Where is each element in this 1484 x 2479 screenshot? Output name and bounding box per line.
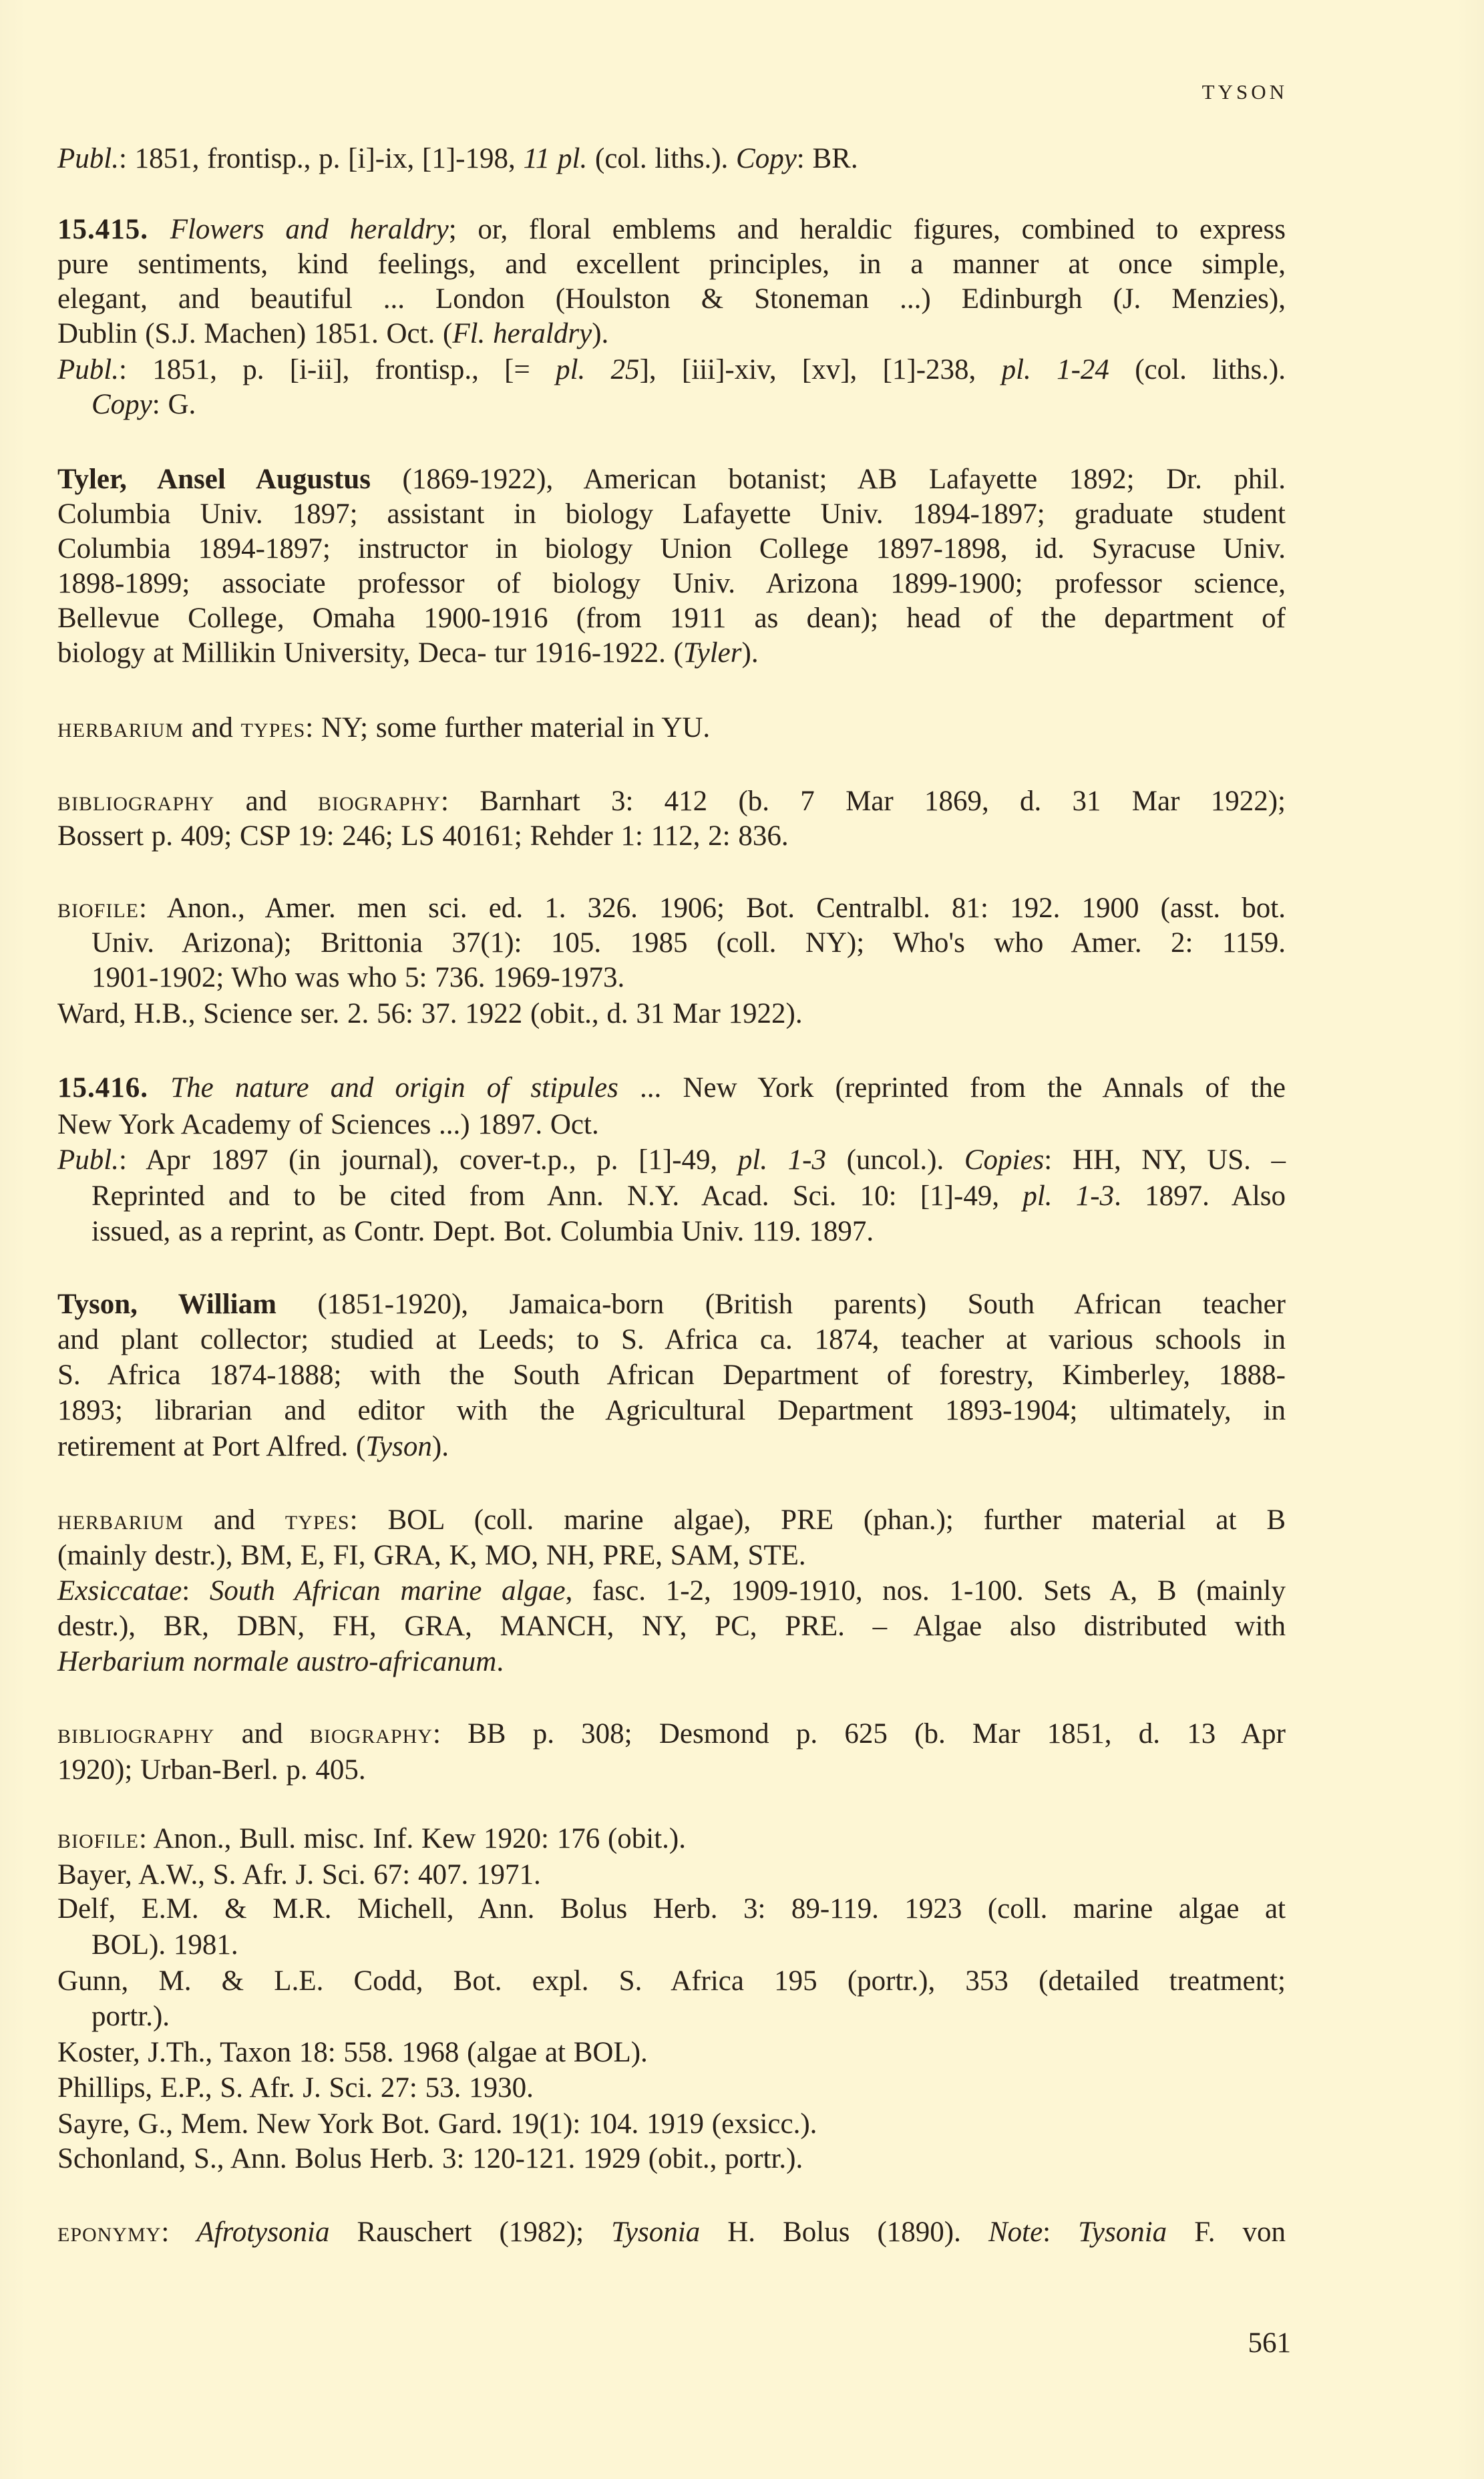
text: and plant collector; studied at Leeds; t… (57, 1324, 1286, 1355)
tyson-biofile-line: portr.). (91, 1999, 1286, 2034)
text: Schonland, S., Ann. Bolus Herb. 3: 120-1… (57, 2143, 803, 2174)
entry-number: 15.416. (57, 1072, 170, 1104)
entry-15416-publ-line: issued, as a reprint, as Contr. Dept. Bo… (91, 1214, 1286, 1249)
tyler-biofile-line: Ward, H.B., Science ser. 2. 56: 37. 1922… (57, 997, 1286, 1031)
section-label: bibliography (57, 1718, 214, 1750)
tyler-bibliography-line: Bossert p. 409; CSP 19: 246; LS 40161; R… (57, 819, 1286, 854)
section-label: herbarium (57, 712, 184, 743)
italic-text: Herbarium normale austro-africanum (57, 1646, 496, 1677)
italic-text: Tysonia (611, 2216, 700, 2248)
entry-15415-publ-line: Publ.: 1851, p. [i-ii], frontisp., [= pl… (57, 353, 1286, 387)
italic-text: South African marine algae (210, 1575, 566, 1607)
text: Phillips, E.P., S. Afr. J. Sci. 27: 53. … (57, 2072, 534, 2104)
text: 1901-1902; Who was who 5: 736. 1969-1973… (91, 962, 624, 993)
text: : Anon., Amer. men sci. ed. 1. 326. 1906… (139, 892, 1286, 924)
text: Columbia Univ. 1897; assistant in biolog… (57, 498, 1286, 530)
italic-text: Fl. heraldry (452, 318, 592, 349)
text: ; or, floral emblems and heraldic figure… (449, 214, 1286, 245)
text: issued, as a reprint, as Contr. Dept. Bo… (91, 1216, 874, 1247)
tyson-biofile-line: BOL). 1981. (91, 1928, 1286, 1963)
italic-text: pl. 25 (556, 354, 640, 385)
page-number: 561 (1248, 2326, 1292, 2361)
tyson-biofile-line: Bayer, A.W., S. Afr. J. Sci. 67: 407. 19… (57, 1858, 1286, 1892)
tyson-biofile-line: Delf, E.M. & M.R. Michell, Ann. Bolus He… (57, 1892, 1286, 1927)
tyler-bio-line: Columbia 1894-1897; instructor in biolog… (57, 532, 1286, 566)
text: : HH, NY, US. – (1044, 1144, 1286, 1176)
tyler-bio-line: 1898-1899; associate professor of biolog… (57, 566, 1286, 601)
text: : Apr 1897 (in journal), cover-t.p., p. … (119, 1144, 738, 1176)
tyson-biofile-line: Phillips, E.P., S. Afr. J. Sci. 27: 53. … (57, 2071, 1286, 2106)
tyson-herbarium-line: (mainly destr.), BM, E, FI, GRA, K, MO, … (57, 1538, 1286, 1573)
bold-name: Tyler, Ansel Augustus (57, 464, 371, 495)
italic-text: Publ. (57, 143, 119, 174)
section-label: types (285, 1504, 350, 1536)
italic-text: Copies (964, 1144, 1044, 1176)
text: ). (592, 318, 608, 349)
tyson-bio-line: and plant collector; studied at Leeds; t… (57, 1323, 1286, 1357)
italic-text: Exsiccatae (57, 1575, 182, 1607)
tyler-biofile-line: biofile: Anon., Amer. men sci. ed. 1. 32… (57, 891, 1286, 926)
tyson-herbarium-line: herbarium and types: BOL (coll. marine a… (57, 1503, 1286, 1538)
text: 1893; librarian and editor with the Agri… (57, 1395, 1286, 1426)
entry-15416-publ-line: Reprinted and to be cited from Ann. N.Y.… (91, 1179, 1286, 1214)
italic-text: Copy (736, 143, 797, 174)
section-label: bibliography (57, 786, 214, 817)
italic-text: 11 pl. (524, 143, 588, 174)
text: : Anon., Bull. misc. Inf. Kew 1920: 176 … (139, 1823, 686, 1854)
entry-15415-title-line: pure sentiments, kind feelings, and exce… (57, 247, 1286, 282)
text: Reprinted and to be cited from Ann. N.Y.… (91, 1180, 1023, 1212)
section-label: biography (310, 1718, 433, 1750)
tyson-exsiccatae-line: destr.), BR, DBN, FH, GRA, MANCH, NY, PC… (57, 1609, 1286, 1644)
text: Bossert p. 409; CSP 19: 246; LS 40161; R… (57, 820, 789, 852)
text: : Barnhart 3: 412 (b. 7 Mar 1869, d. 31 … (441, 786, 1286, 817)
text: and (184, 712, 241, 743)
italic-text: Publ. (57, 354, 119, 385)
tyson-biofile-line: biofile: Anon., Bull. misc. Inf. Kew 192… (57, 1822, 1286, 1856)
section-label: biofile (57, 892, 139, 924)
italic-text: The nature and origin of stipules (170, 1072, 618, 1104)
text: Rauschert (1982); (329, 2216, 611, 2248)
text: pure sentiments, kind feelings, and exce… (57, 249, 1286, 280)
entry-15416-title-line: 15.416. The nature and origin of stipule… (57, 1071, 1286, 1106)
text: (mainly destr.), BM, E, FI, GRA, K, MO, … (57, 1540, 806, 1571)
entry-number: 15.415. (57, 214, 170, 245)
section-label: eponymy (57, 2216, 161, 2248)
text: Delf, E.M. & M.R. Michell, Ann. Bolus He… (57, 1893, 1286, 1925)
tyler-bio-line: Columbia Univ. 1897; assistant in biolog… (57, 497, 1286, 532)
text: 1920); Urban-Berl. p. 405. (57, 1754, 366, 1786)
italic-text: Tyson (365, 1431, 432, 1462)
text: 1898-1899; associate professor of biolog… (57, 568, 1286, 599)
tyson-bio-line: Tyson, William (1851-1920), Jamaica-born… (57, 1287, 1286, 1322)
text: H. Bolus (1890). (700, 2216, 988, 2248)
tyson-bio-line: retirement at Port Alfred. (Tyson). (57, 1430, 1286, 1464)
italic-text: Afrotysonia (196, 2216, 329, 2248)
text: and (184, 1504, 285, 1536)
italic-text: pl. 1-24 (1002, 354, 1109, 385)
publ-15414-line: Publ.: 1851, frontisp., p. [i]-ix, [1]-1… (57, 142, 1286, 176)
text: New York Academy of Sciences ...) 1897. … (57, 1109, 599, 1140)
text: (col. liths.). (587, 143, 736, 174)
text: ], [iii]-xiv, [xv], [1]-238, (640, 354, 1002, 385)
text: : (182, 1575, 210, 1607)
book-page: TYSON Publ.: 1851, frontisp., p. [i]-ix,… (0, 0, 1484, 2479)
section-label: biography (318, 786, 441, 817)
text: , fasc. 1-2, 1909-1910, nos. 1-100. Sets… (566, 1575, 1286, 1607)
tyson-biofile-line: Koster, J.Th., Taxon 18: 558. 1968 (alga… (57, 2035, 1286, 2070)
tyson-exsiccatae-line: Herbarium normale austro-africanum. (57, 1645, 1286, 1679)
entry-15416-title-line: New York Academy of Sciences ...) 1897. … (57, 1108, 1286, 1142)
text: (1869-1922), American botanist; AB Lafay… (371, 464, 1286, 495)
text: : 1851, frontisp., p. [i]-ix, [1]-198, (119, 143, 524, 174)
text: : (1043, 2216, 1078, 2248)
italic-text: Copy (91, 389, 152, 420)
text: and (214, 1718, 310, 1750)
text: destr.), BR, DBN, FH, GRA, MANCH, NY, PC… (57, 1611, 1286, 1642)
text: : BOL (coll. marine algae), PRE (phan.);… (350, 1504, 1286, 1536)
text: (1851-1920), Jamaica-born (British paren… (276, 1289, 1286, 1320)
italic-text: Tyler (683, 637, 742, 669)
tyler-bibliography-line: bibliography and biography: Barnhart 3: … (57, 784, 1286, 819)
text: biology at Millikin University, Deca- tu… (57, 637, 683, 669)
text: F. von (1167, 2216, 1286, 2248)
text: Koster, J.Th., Taxon 18: 558. 1968 (alga… (57, 2037, 648, 2068)
bold-name: Tyson, William (57, 1289, 276, 1320)
text: ... New York (reprinted from the Annals … (618, 1072, 1286, 1104)
entry-15416-publ-line: Publ.: Apr 1897 (in journal), cover-t.p.… (57, 1143, 1286, 1178)
text: portr.). (91, 2001, 170, 2032)
tyler-bio-line: Tyler, Ansel Augustus (1869-1922), Ameri… (57, 462, 1286, 497)
text: Gunn, M. & L.E. Codd, Bot. expl. S. Afri… (57, 1965, 1286, 1997)
tyson-bio-line: S. Africa 1874-1888; with the South Afri… (57, 1358, 1286, 1393)
tyler-herbarium-line: herbarium and types: NY; some further ma… (57, 711, 1286, 746)
text: . (496, 1646, 504, 1677)
text: Univ. Arizona); Brittonia 37(1): 105. 19… (91, 927, 1286, 959)
tyson-biofile-line: Sayre, G., Mem. New York Bot. Gard. 19(1… (57, 2107, 1286, 2142)
tyson-biofile-line: Schonland, S., Ann. Bolus Herb. 3: 120-1… (57, 2142, 1286, 2176)
italic-text: Note (988, 2216, 1043, 2248)
text: . 1897. Also (1114, 1180, 1286, 1212)
italic-text: pl. 1-3 (738, 1144, 826, 1176)
section-label: biofile (57, 1823, 139, 1854)
text: : BR. (797, 143, 858, 174)
tyson-bio-line: 1893; librarian and editor with the Agri… (57, 1393, 1286, 1428)
entry-15415-title-line: elegant, and beautiful ... London (Houls… (57, 282, 1286, 317)
text: : NY; some further material in YU. (305, 712, 710, 743)
text: : BB p. 308; Desmond p. 625 (b. Mar 1851… (433, 1718, 1286, 1750)
text: ). (742, 637, 759, 669)
tyson-bibliography-line: bibliography and biography: BB p. 308; D… (57, 1717, 1286, 1752)
text: : (161, 2216, 196, 2248)
section-label: types (241, 712, 306, 743)
text: Sayre, G., Mem. New York Bot. Gard. 19(1… (57, 2108, 817, 2140)
text: (uncol.). (826, 1144, 964, 1176)
entry-15415-copy-line: Copy: G. (91, 387, 1286, 422)
italic-text: pl. 1-3 (1023, 1180, 1114, 1212)
text: Dublin (S.J. Machen) 1851. Oct. ( (57, 318, 452, 349)
section-label: herbarium (57, 1504, 184, 1536)
italic-text: Tysonia (1078, 2216, 1167, 2248)
text: Ward, H.B., Science ser. 2. 56: 37. 1922… (57, 998, 803, 1029)
entry-15415-title-line: Dublin (S.J. Machen) 1851. Oct. (Fl. her… (57, 317, 1286, 351)
text: : G. (152, 389, 196, 420)
tyson-biofile-line: Gunn, M. & L.E. Codd, Bot. expl. S. Afri… (57, 1964, 1286, 1999)
text: Columbia 1894-1897; instructor in biolog… (57, 533, 1286, 564)
tyler-biofile-line: Univ. Arizona); Brittonia 37(1): 105. 19… (91, 926, 1286, 961)
text: Bellevue College, Omaha 1900-1916 (from … (57, 603, 1286, 634)
tyler-bio-line: Bellevue College, Omaha 1900-1916 (from … (57, 601, 1286, 636)
tyler-biofile-line: 1901-1902; Who was who 5: 736. 1969-1973… (91, 961, 1286, 995)
tyler-bio-line: biology at Millikin University, Deca- tu… (57, 636, 1286, 671)
text: and (214, 786, 318, 817)
text: ). (432, 1431, 449, 1462)
text: elegant, and beautiful ... London (Houls… (57, 283, 1286, 315)
italic-text: Flowers and heraldry (170, 214, 449, 245)
tyson-exsiccatae-line: Exsiccatae: South African marine algae, … (57, 1574, 1286, 1609)
running-head: TYSON (1202, 80, 1288, 104)
entry-15415-title-line: 15.415. Flowers and heraldry; or, floral… (57, 212, 1286, 247)
text: retirement at Port Alfred. ( (57, 1431, 365, 1462)
text: : 1851, p. [i-ii], frontisp., [= (119, 354, 556, 385)
tyson-bibliography-line: 1920); Urban-Berl. p. 405. (57, 1753, 1286, 1788)
tyson-eponymy-line: eponymy: Afrotysonia Rauschert (1982); T… (57, 2215, 1286, 2250)
italic-text: Publ. (57, 1144, 119, 1176)
text: S. Africa 1874-1888; with the South Afri… (57, 1359, 1286, 1391)
text: BOL). 1981. (91, 1929, 238, 1961)
text: Bayer, A.W., S. Afr. J. Sci. 67: 407. 19… (57, 1859, 541, 1890)
text: (col. liths.). (1109, 354, 1286, 385)
